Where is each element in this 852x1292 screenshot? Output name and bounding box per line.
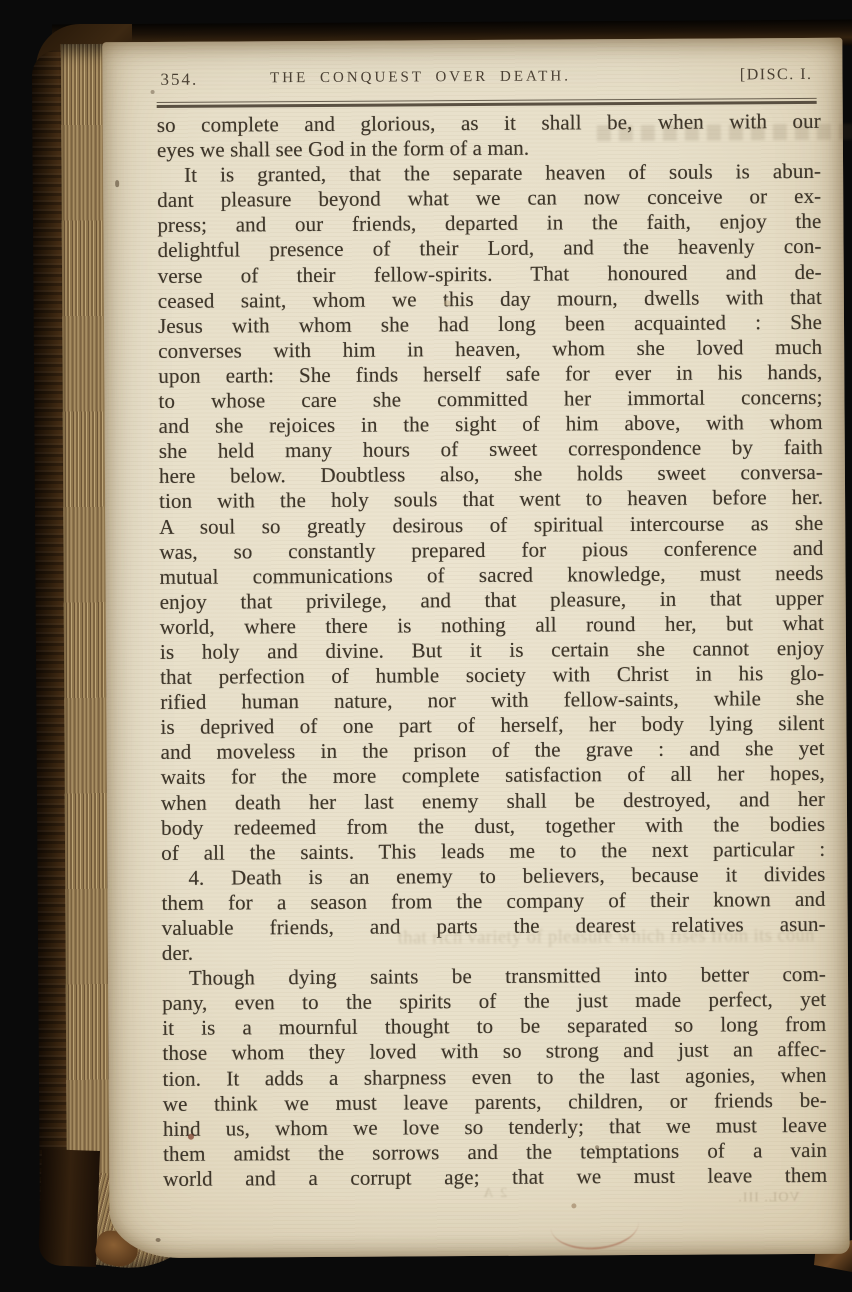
text-line: tion. It adds a sharpness even to the la… xyxy=(163,1062,827,1091)
text-line: so complete and glorious, as it shall be… xyxy=(157,109,821,138)
section-label: [DISC. I. xyxy=(740,66,813,84)
stain-speck xyxy=(115,180,119,187)
text-line: hind us, whom we love so tenderly; that … xyxy=(163,1113,827,1142)
stain-speck xyxy=(156,1238,161,1242)
text-line: waits for the more complete satisfaction… xyxy=(161,761,825,790)
header-rule xyxy=(157,98,817,108)
book-photo: 354. THE CONQUEST OVER DEATH. [DISC. I. … xyxy=(0,0,852,1292)
text-line: mutual communications of sacred knowledg… xyxy=(159,561,823,590)
text-line: valuable friends, and parts the dearest … xyxy=(162,912,826,941)
text-line: ceased saint, whom we this day mourn, dw… xyxy=(158,285,822,314)
text-line: world and a corrupt age; that we must le… xyxy=(163,1163,827,1192)
text-line: enjoy that privilege, and that pleasure,… xyxy=(160,586,824,615)
running-title: THE CONQUEST OVER DEATH. xyxy=(50,67,790,89)
text-line: tion with the holy souls that went to he… xyxy=(159,485,823,514)
text-line: of all the saints. This leads me to the … xyxy=(161,837,825,866)
stain-speck xyxy=(571,1203,576,1208)
pen-mark xyxy=(551,1222,641,1253)
text-line: delightful presence of their Lord, and t… xyxy=(157,234,821,263)
text-line: those whom they loved with so strong and… xyxy=(162,1037,826,1066)
text-line: 4. Death is an enemy to believers, becau… xyxy=(161,862,825,891)
text-line: A soul so greatly desirous of spiritual … xyxy=(159,510,823,539)
text-line: we think we must leave parents, children… xyxy=(163,1088,827,1117)
text-line: was, so constantly prepared for pious co… xyxy=(159,535,823,564)
running-head: 354. THE CONQUEST OVER DEATH. [DISC. I. xyxy=(102,64,842,95)
show-through-volume-mark: VOL. III. xyxy=(737,1190,799,1206)
book-page: 354. THE CONQUEST OVER DEATH. [DISC. I. … xyxy=(102,38,849,1258)
text-line: verse of their fellow-spirits. That hono… xyxy=(158,259,822,288)
body-text-block: so complete and glorious, as it shall be… xyxy=(157,109,828,1192)
text-line: body redeemed from the dust, together wi… xyxy=(161,811,825,840)
book-spine-bottom xyxy=(38,1149,100,1267)
text-line: when death her last enemy shall be destr… xyxy=(161,786,825,815)
text-line: Jesus with whom she had long been acquai… xyxy=(158,310,822,339)
